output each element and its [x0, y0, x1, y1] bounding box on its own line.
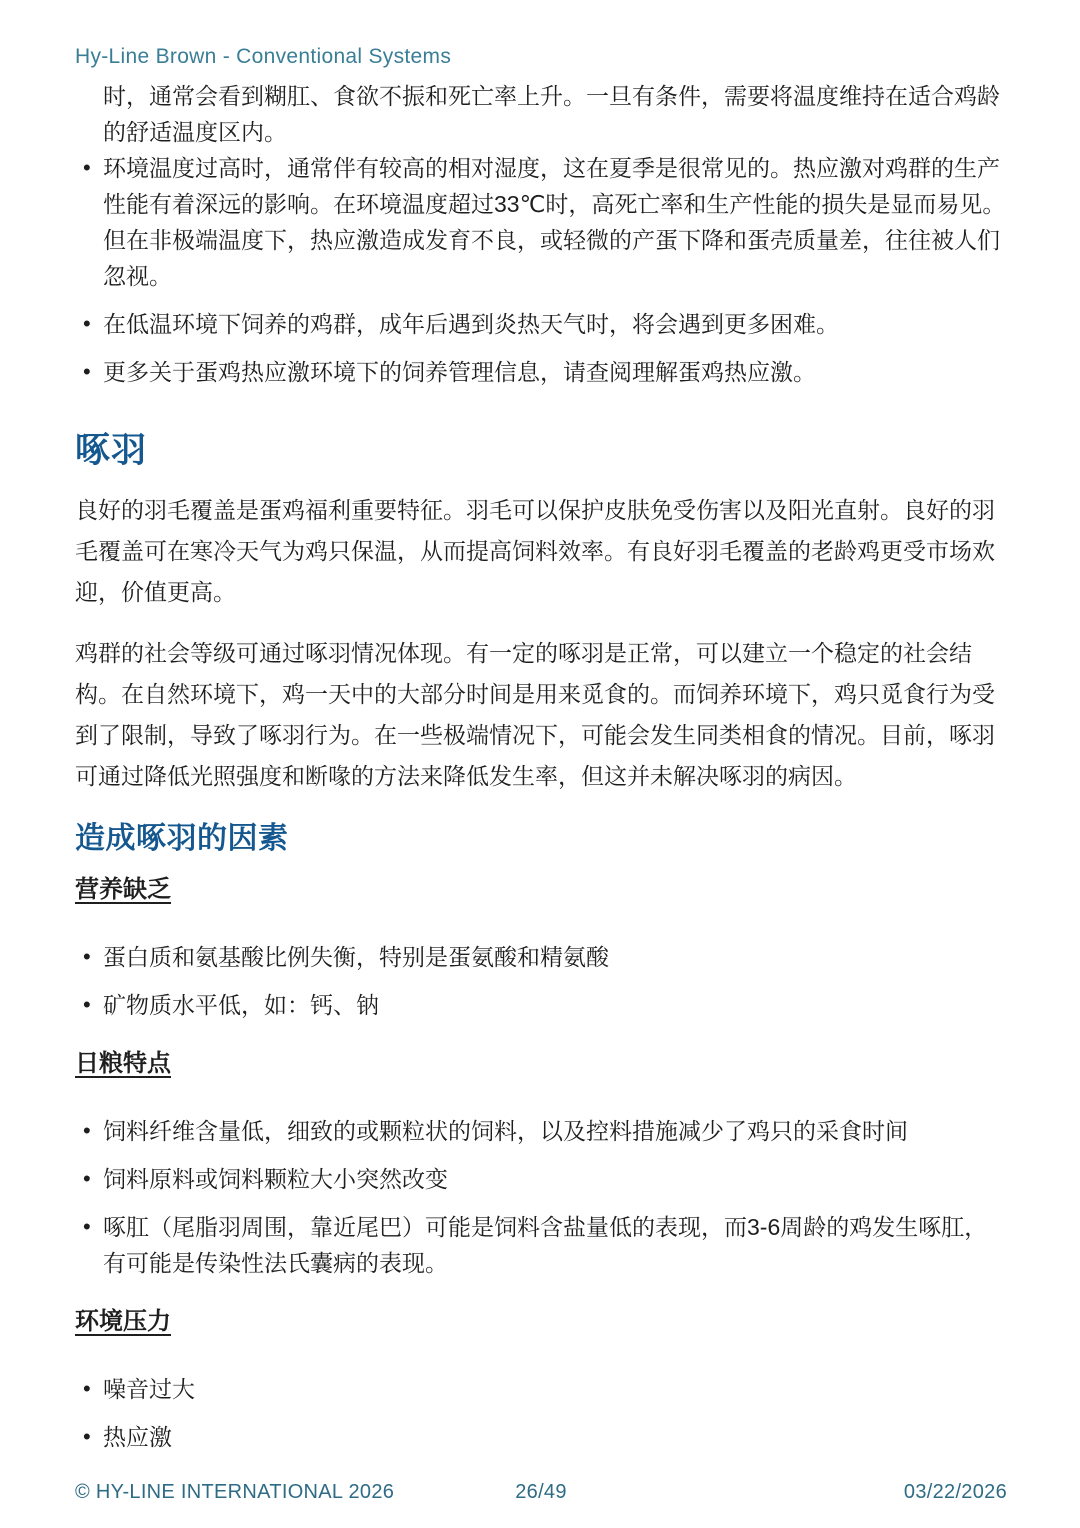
bullet-item: 热应激: [103, 1419, 1007, 1455]
footer-page-number: 26/49: [515, 1481, 567, 1504]
subsection-title-environmental-stress: 环境压力: [75, 1307, 1007, 1337]
diet-bullet-list: 饲料纤维含量低，细致的或颗粒状的饲料，以及控料措施减少了鸡只的采食时间 饲料原料…: [75, 1113, 1007, 1281]
environment-bullet-list: 噪音过大 热应激: [75, 1371, 1007, 1455]
bullet-item: 饲料纤维含量低，细致的或颗粒状的饲料，以及控料措施减少了鸡只的采食时间: [103, 1113, 1007, 1149]
bullet-item: 蛋白质和氨基酸比例失衡，特别是蛋氨酸和精氨酸: [103, 939, 1007, 975]
bullet-item: 环境温度过高时，通常伴有较高的相对湿度，这在夏季是很常见的。热应激对鸡群的生产性…: [103, 150, 1007, 294]
footer-date: 03/22/2026: [904, 1481, 1007, 1504]
bullet-item: 啄肛（尾脂羽周围，靠近尾巴）可能是饲料含盐量低的表现，而3-6周龄的鸡发生啄肛，…: [103, 1209, 1007, 1281]
section-title-pecking-factors: 造成啄羽的因素: [75, 821, 1007, 857]
nutrition-bullet-list: 蛋白质和氨基酸比例失衡，特别是蛋氨酸和精氨酸 矿物质水平低，如：钙、钠: [75, 939, 1007, 1023]
temperature-bullet-list: 环境温度过高时，通常伴有较高的相对湿度，这在夏季是很常见的。热应激对鸡群的生产性…: [75, 150, 1007, 390]
bullet-item: 矿物质水平低，如：钙、钠: [103, 987, 1007, 1023]
bullet-item: 更多关于蛋鸡热应激环境下的饲养管理信息，请查阅理解蛋鸡热应激。: [103, 354, 1007, 390]
footer-copyright: © HY-LINE INTERNATIONAL 2026: [75, 1481, 515, 1504]
feather-pecking-paragraph-2: 鸡群的社会等级可通过啄羽情况体现。有一定的啄羽是正常，可以建立一个稳定的社会结构…: [75, 633, 1007, 797]
document-footer: © HY-LINE INTERNATIONAL 2026 26/49 03/22…: [75, 1481, 1007, 1504]
bullet-item: 在低温环境下饲养的鸡群，成年后遇到炎热天气时，将会遇到更多困难。: [103, 306, 1007, 342]
document-header-title: Hy-Line Brown - Conventional Systems: [75, 44, 1007, 70]
subsection-title-nutrition-deficiency: 营养缺乏: [75, 875, 1007, 905]
subsection-title-text: 营养缺乏: [75, 876, 171, 903]
bullet-item: 饲料原料或饲料颗粒大小突然改变: [103, 1161, 1007, 1197]
subsection-title-text: 环境压力: [75, 1308, 171, 1335]
subsection-title-text: 日粮特点: [75, 1050, 171, 1077]
section-title-feather-pecking: 啄羽: [75, 430, 1007, 472]
bullet-item: 噪音过大: [103, 1371, 1007, 1407]
subsection-title-diet-characteristics: 日粮特点: [75, 1049, 1007, 1079]
intro-continuation-paragraph: 时，通常会看到糊肛、食欲不振和死亡率上升。一旦有条件，需要将温度维持在适合鸡龄的…: [103, 78, 1007, 150]
feather-pecking-paragraph-1: 良好的羽毛覆盖是蛋鸡福利重要特征。羽毛可以保护皮肤免受伤害以及阳光直射。良好的羽…: [75, 490, 1007, 613]
document-page: Hy-Line Brown - Conventional Systems 时，通…: [0, 0, 1080, 1528]
